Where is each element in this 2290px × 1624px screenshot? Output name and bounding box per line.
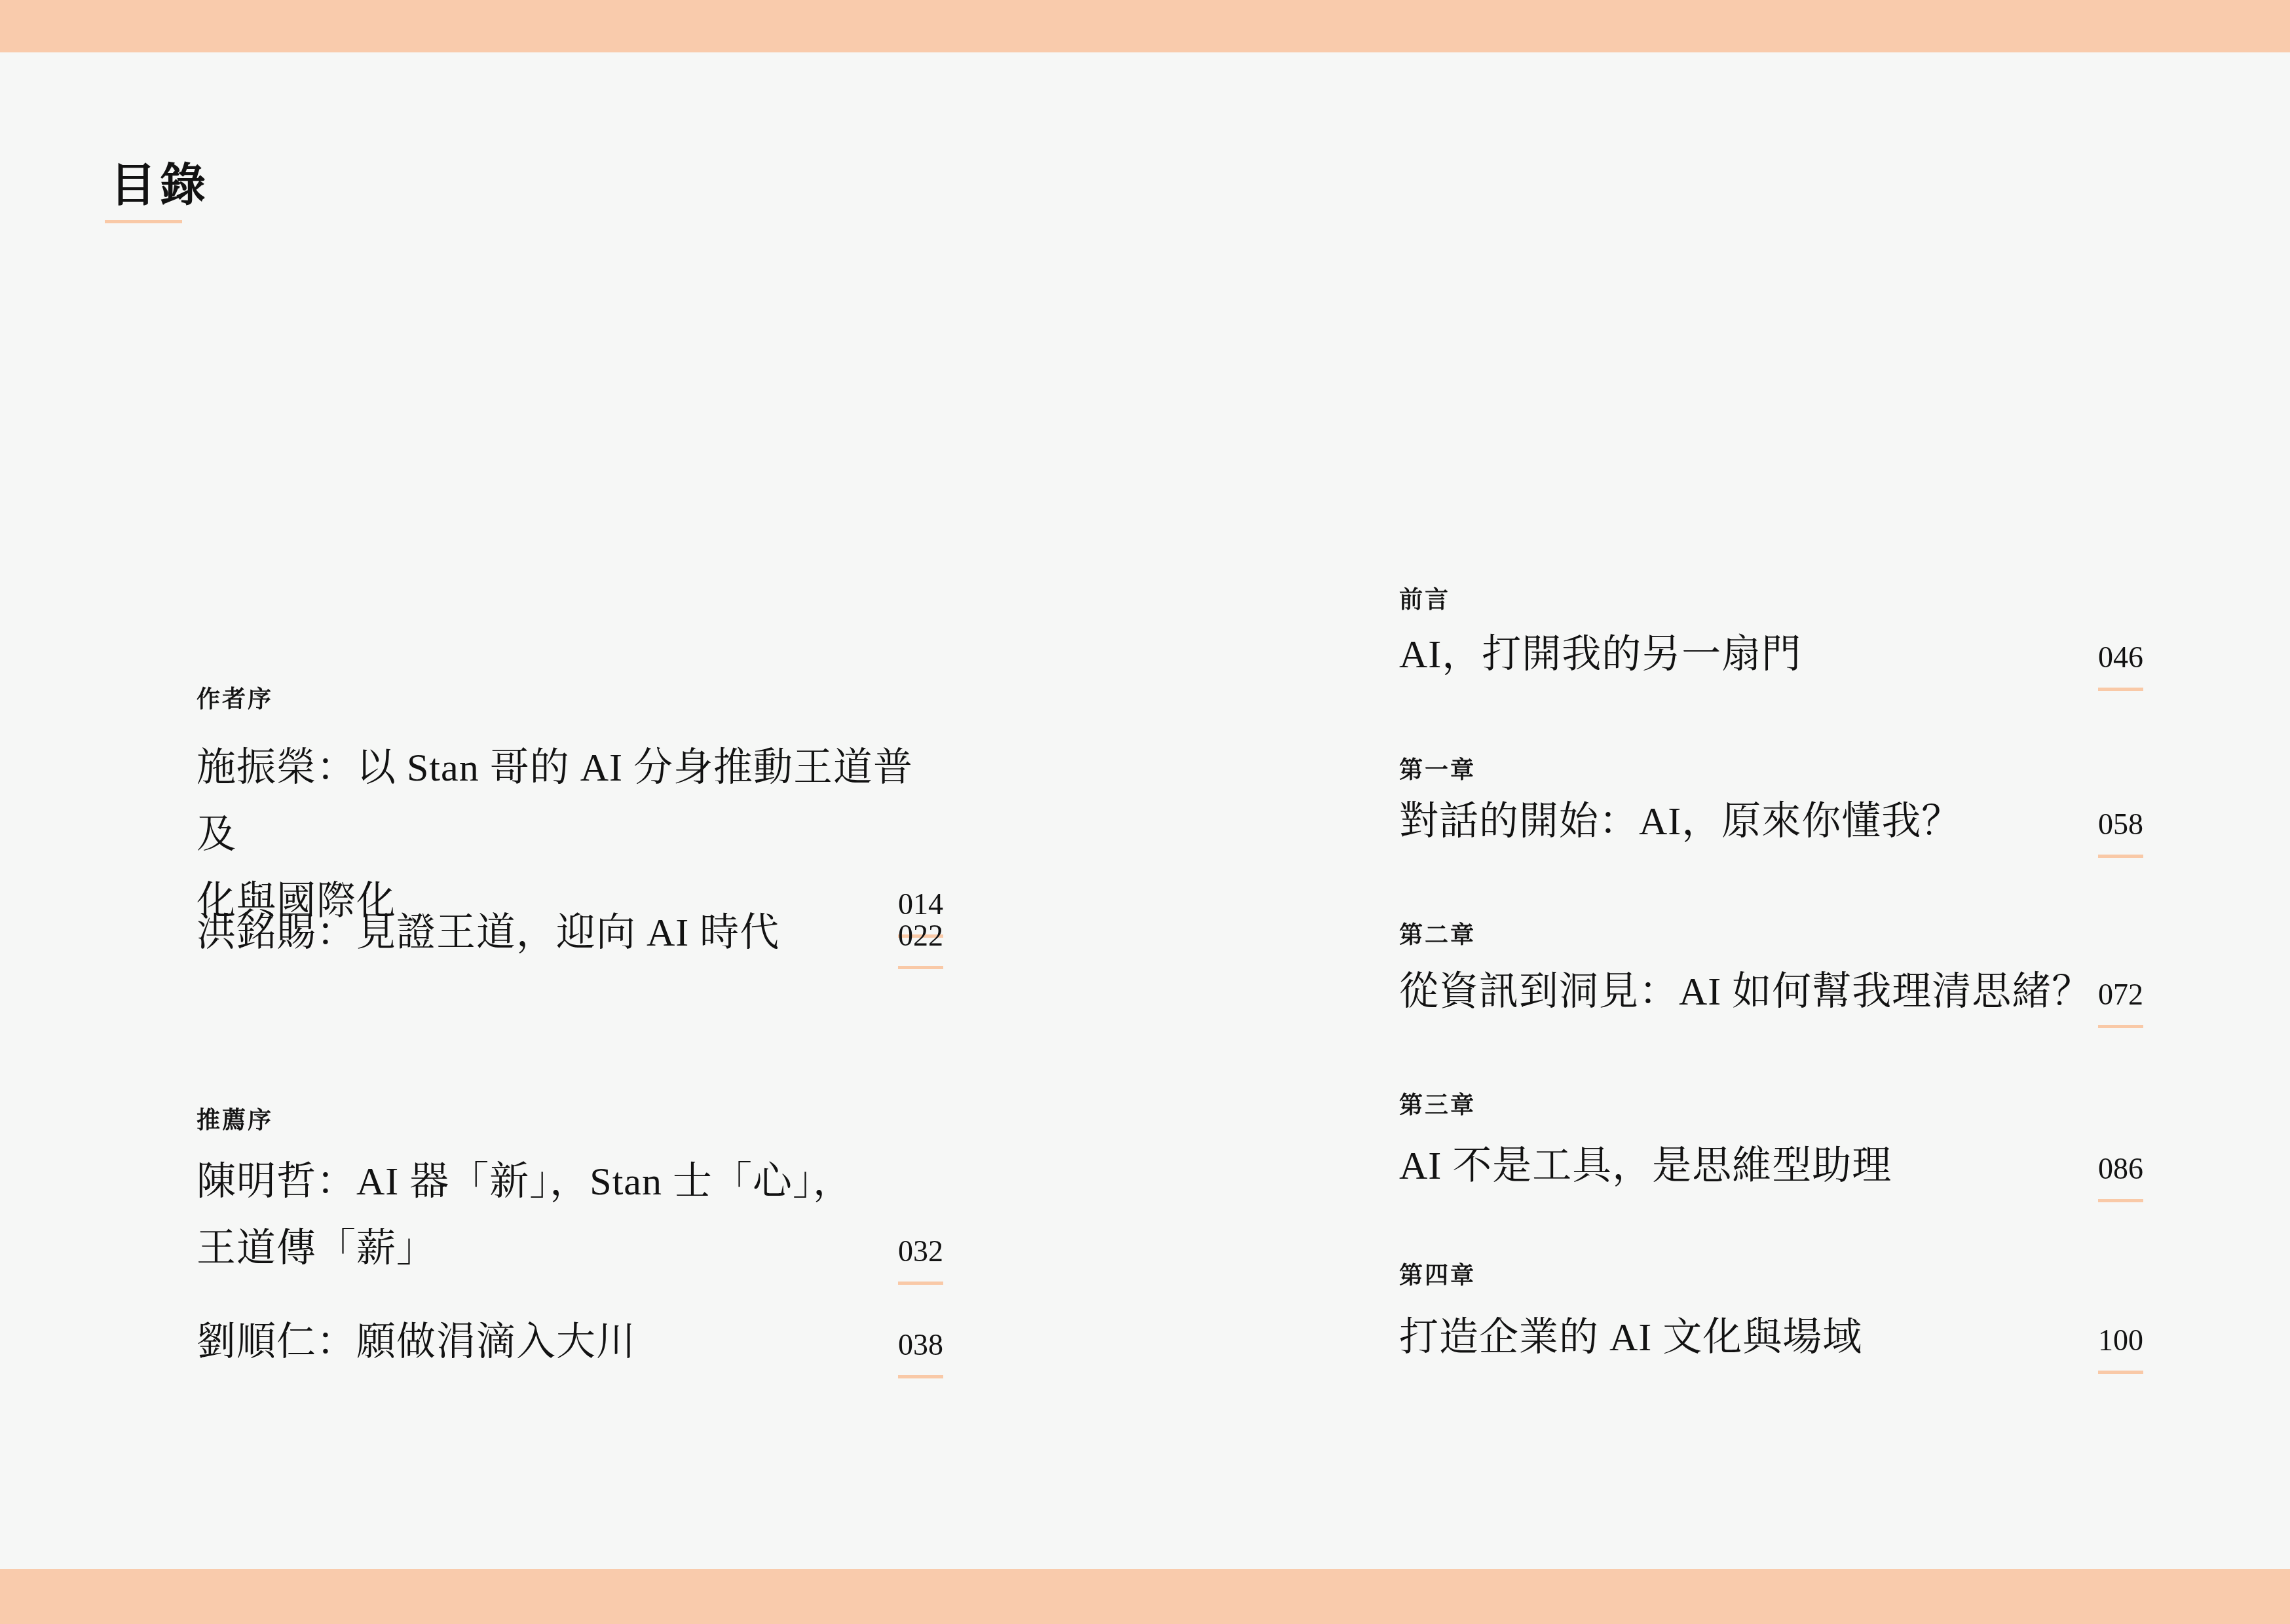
section-label-chapter-2: 第二章: [1399, 921, 2143, 949]
page-number: 038: [898, 1330, 943, 1360]
entry-title-text: 洪銘賜：見證王道，迎向 AI 時代: [197, 899, 779, 966]
page-number: 058: [2098, 809, 2143, 840]
entry-title-line: 劉順仁：願做涓滴入大川 038: [197, 1308, 943, 1375]
toc-entry[interactable]: AI，打開我的另一扇門 046: [1399, 621, 2143, 688]
entry-title-line: AI，打開我的另一扇門 046: [1399, 621, 2143, 688]
entry-title-line: 打造企業的 AI 文化與場域 100: [1399, 1304, 2143, 1371]
toc-right-column: 前言 AI，打開我的另一扇門 046 第一章 對話的開始：AI，原來你懂我？ 0…: [1399, 0, 2143, 1624]
page-number: 086: [2098, 1154, 2143, 1184]
entry-title-text: 打造企業的 AI 文化與場域: [1399, 1304, 1862, 1371]
toc-entry[interactable]: 劉順仁：願做涓滴入大川 038: [197, 1308, 943, 1375]
toc-entry[interactable]: 洪銘賜：見證王道，迎向 AI 時代 022: [197, 899, 943, 966]
entry-title-line: 從資訊到洞見：AI 如何幫我理清思緒？ 072: [1399, 958, 2143, 1025]
section-label-chapter-4: 第四章: [1399, 1261, 2143, 1289]
page-number: 046: [2098, 642, 2143, 673]
entry-title-line: 王道傳「薪」 032: [197, 1215, 943, 1282]
toc-entry[interactable]: 陳明哲：AI 器「新」，Stan 士「心」， 王道傳「薪」 032: [197, 1148, 943, 1282]
section-label-author-preface: 作者序: [197, 685, 943, 713]
entry-title-line: 洪銘賜：見證王道，迎向 AI 時代 022: [197, 899, 943, 966]
entry-title-text: AI 不是工具，是思維型助理: [1399, 1132, 1892, 1199]
section-label-chapter-3: 第三章: [1399, 1091, 2143, 1119]
section-label-chapter-1: 第一章: [1399, 756, 2143, 784]
page-number: 072: [2098, 980, 2143, 1010]
section-label-recommend-preface: 推薦序: [197, 1106, 943, 1134]
entry-title-text: 從資訊到洞見：AI 如何幫我理清思緒？: [1399, 958, 2092, 1025]
entry-title-line: 對話的開始：AI，原來你懂我？ 058: [1399, 788, 2143, 855]
entry-title-text: 對話的開始：AI，原來你懂我？: [1399, 788, 1961, 855]
page-number: 022: [898, 921, 943, 951]
toc-entry[interactable]: 對話的開始：AI，原來你懂我？ 058: [1399, 788, 2143, 855]
entry-title-line: 陳明哲：AI 器「新」，Stan 士「心」，: [197, 1148, 943, 1215]
entry-title-text: 王道傳「薪」: [197, 1215, 436, 1282]
toc-entry[interactable]: AI 不是工具，是思維型助理 086: [1399, 1132, 2143, 1199]
entry-title-line: AI 不是工具，是思維型助理 086: [1399, 1132, 2143, 1199]
toc-entry[interactable]: 從資訊到洞見：AI 如何幫我理清思緒？ 072: [1399, 958, 2143, 1025]
page-number: 032: [898, 1236, 943, 1266]
entry-title-text: 陳明哲：AI 器「新」，Stan 士「心」，: [197, 1148, 853, 1215]
entry-title-text: 劉順仁：願做涓滴入大川: [197, 1308, 636, 1375]
toc-entry[interactable]: 打造企業的 AI 文化與場域 100: [1399, 1304, 2143, 1371]
entry-title-line: 施振榮：以 Stan 哥的 AI 分身推動王道普及: [197, 734, 943, 868]
section-label-foreword: 前言: [1399, 585, 2143, 614]
entry-title-text: 施振榮：以 Stan 哥的 AI 分身推動王道普及: [197, 734, 943, 868]
toc-left-column: 作者序 施振榮：以 Stan 哥的 AI 分身推動王道普及 化與國際化 014 …: [197, 0, 943, 1624]
page-title: 目錄: [110, 164, 210, 210]
page-number: 100: [2098, 1325, 2143, 1356]
title-underline: [105, 220, 182, 223]
entry-title-text: AI，打開我的另一扇門: [1399, 621, 1801, 688]
